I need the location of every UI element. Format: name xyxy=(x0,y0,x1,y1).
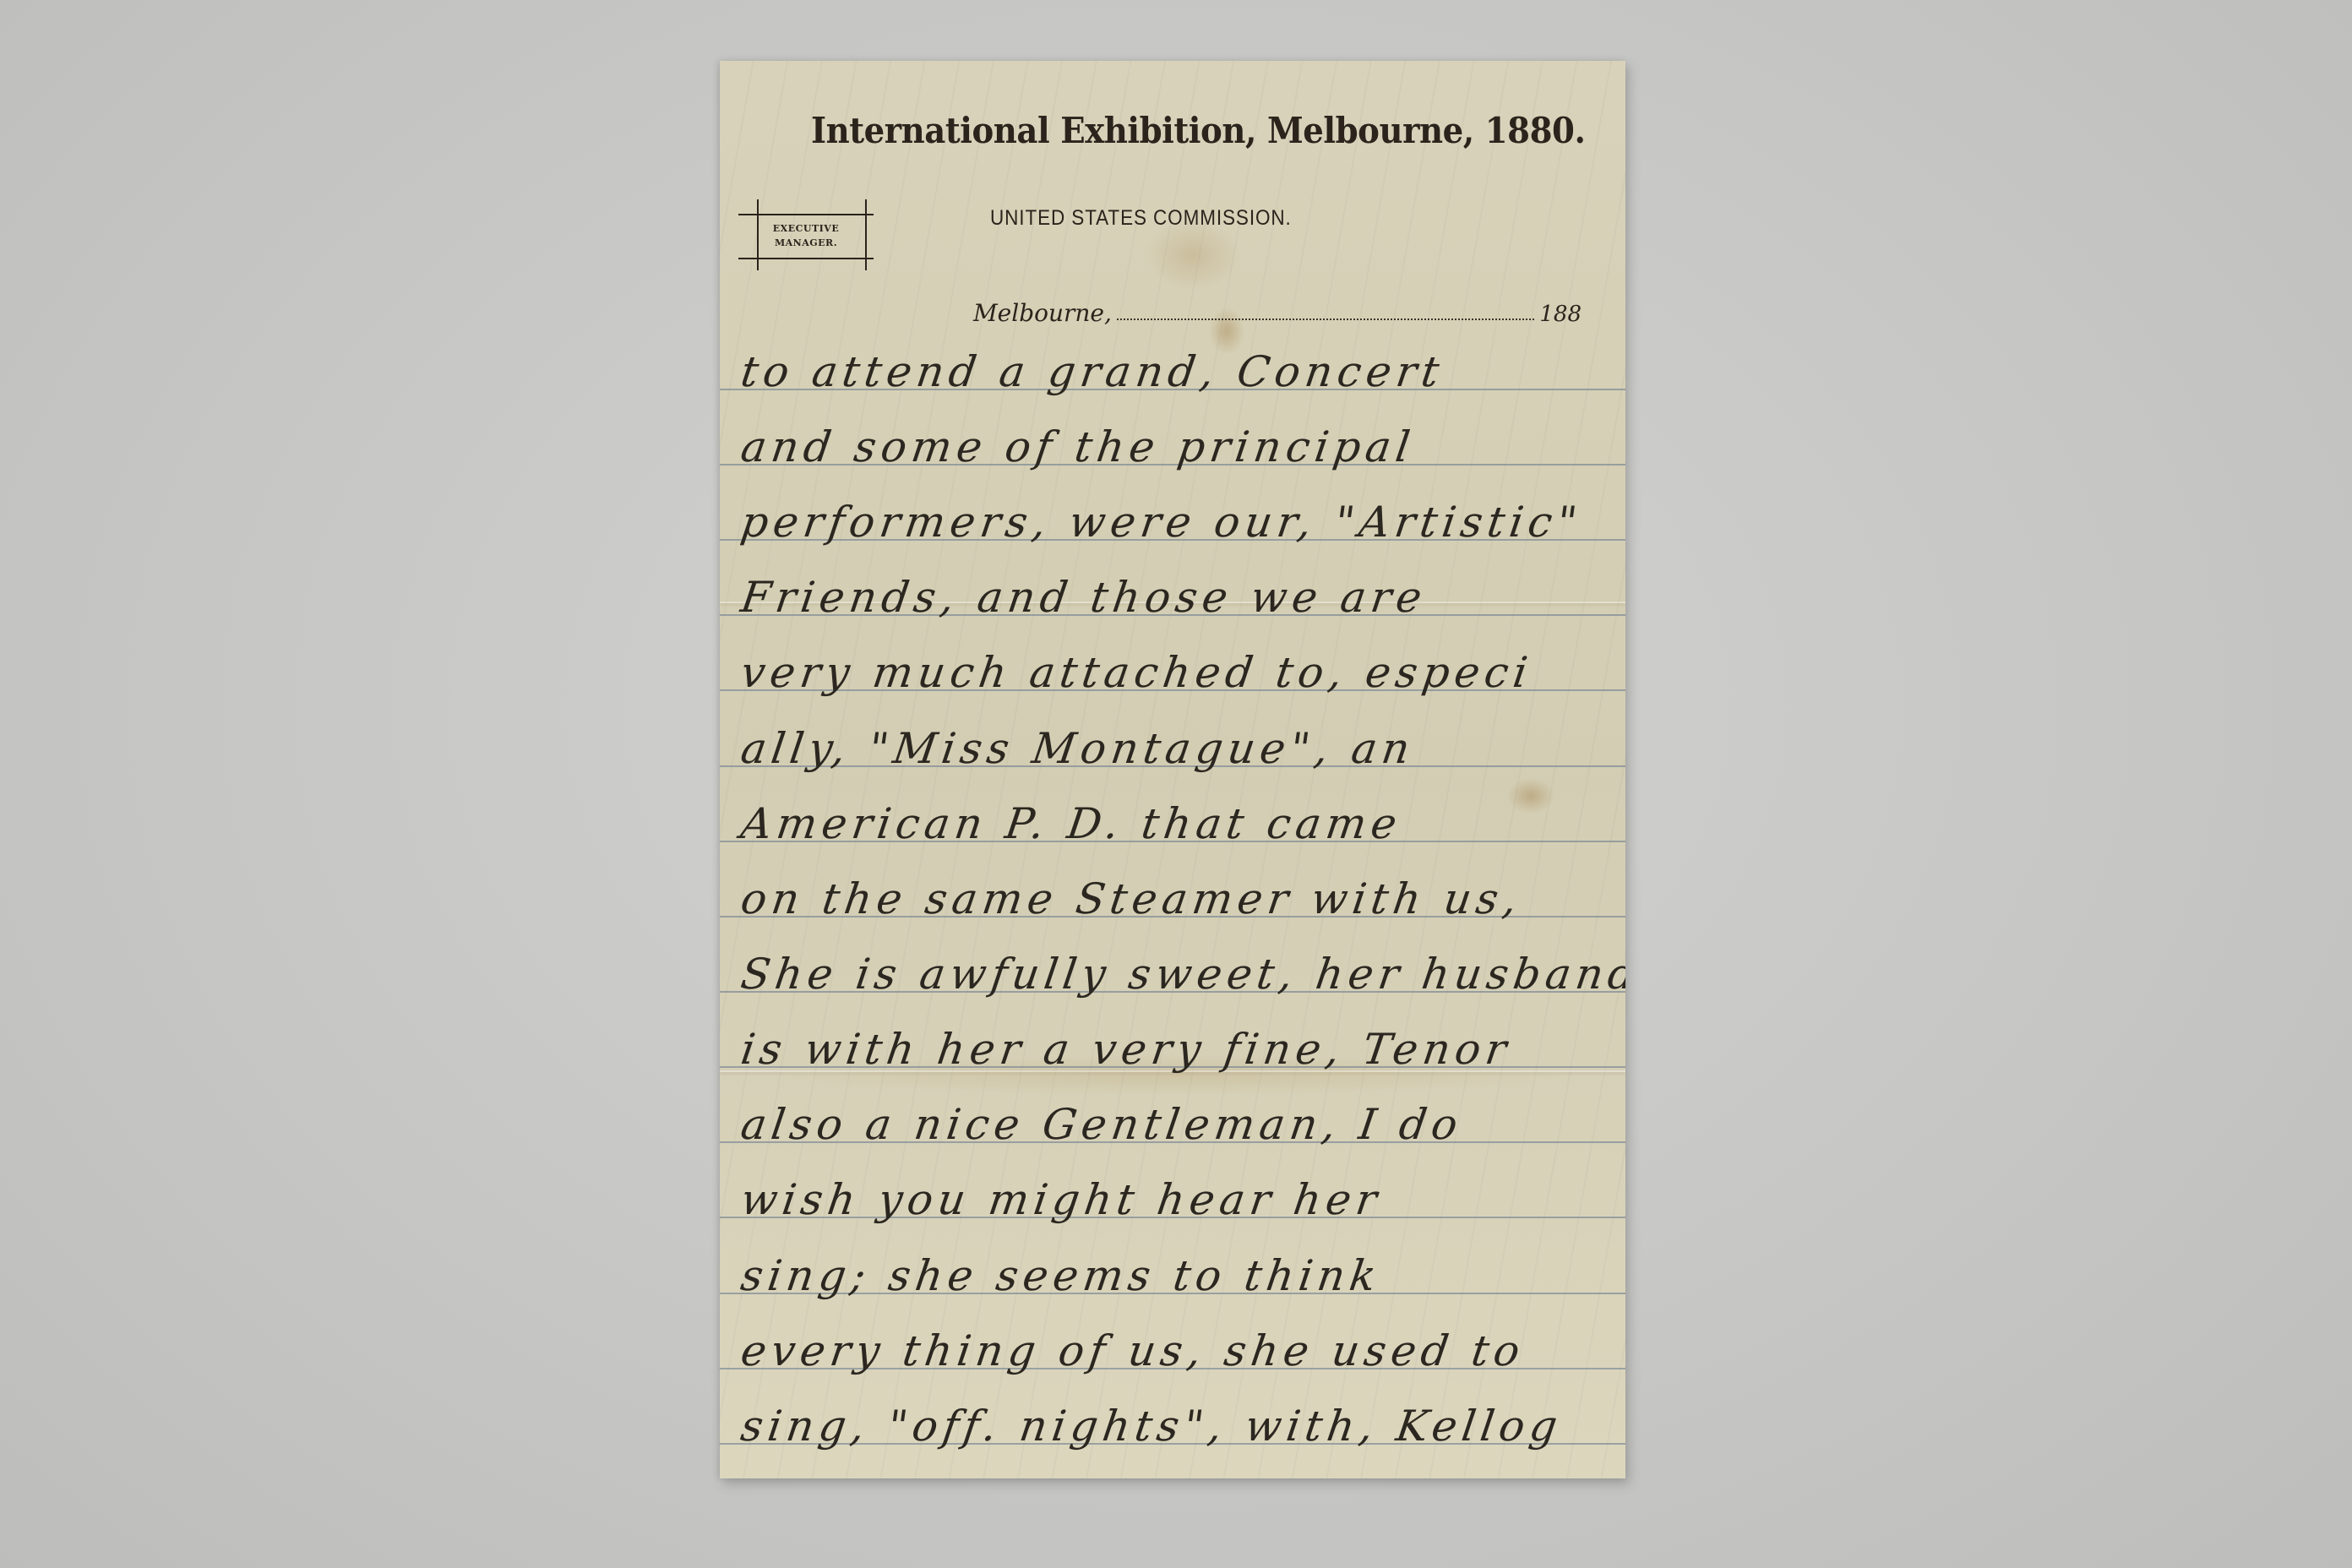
handwritten-line: sing; she seems to think xyxy=(738,1255,1614,1297)
date-line: Melbourne, 188 xyxy=(973,293,1582,327)
date-year-prefix: 188 xyxy=(1539,302,1582,327)
handwritten-line: on the same Steamer with us, xyxy=(738,878,1614,920)
executive-manager-box: EXECUTIVE MANAGER. xyxy=(738,199,874,270)
handwritten-line: Friends, and those we are xyxy=(738,576,1614,618)
handwritten-line: performers, were our, "Artistic" xyxy=(738,501,1614,543)
executive-manager-label: EXECUTIVE MANAGER. xyxy=(765,221,847,250)
handwritten-line: wish you might hear her xyxy=(738,1179,1614,1221)
handwritten-line: is with her a very fine, Tenor xyxy=(738,1028,1614,1070)
box-label-line-1: EXECUTIVE xyxy=(765,221,847,236)
box-rule-bottom xyxy=(738,258,874,259)
handwritten-line: also a nice Gentleman, I do xyxy=(738,1103,1614,1146)
handwritten-line: ally, "Miss Montague", an xyxy=(738,727,1614,770)
handwritten-line: very much attached to, especi xyxy=(738,651,1614,694)
box-rule-right xyxy=(865,199,867,270)
handwritten-line: sing, "off. nights", with, Kellog xyxy=(738,1405,1614,1447)
handwritten-line: She is awfully sweet, her husband xyxy=(738,953,1614,995)
date-place: Melbourne, xyxy=(973,299,1112,327)
handwritten-line: every thing of us, she used to xyxy=(738,1330,1614,1372)
date-dotted-leader xyxy=(1117,318,1534,320)
box-label-line-2: MANAGER. xyxy=(765,236,847,250)
commission-heading: UNITED STATES COMMISSION. xyxy=(990,206,1292,231)
letter-page: International Exhibition, Melbourne, 188… xyxy=(720,61,1625,1478)
box-rule-left xyxy=(757,199,759,270)
handwritten-line: American P. D. that came xyxy=(738,803,1614,845)
handwritten-line: and some of the principal xyxy=(738,426,1614,468)
handwritten-line: to attend a grand, Concert xyxy=(738,351,1614,393)
letterhead-title: International Exhibition, Melbourne, 188… xyxy=(811,110,1495,151)
box-rule-top xyxy=(738,214,874,215)
